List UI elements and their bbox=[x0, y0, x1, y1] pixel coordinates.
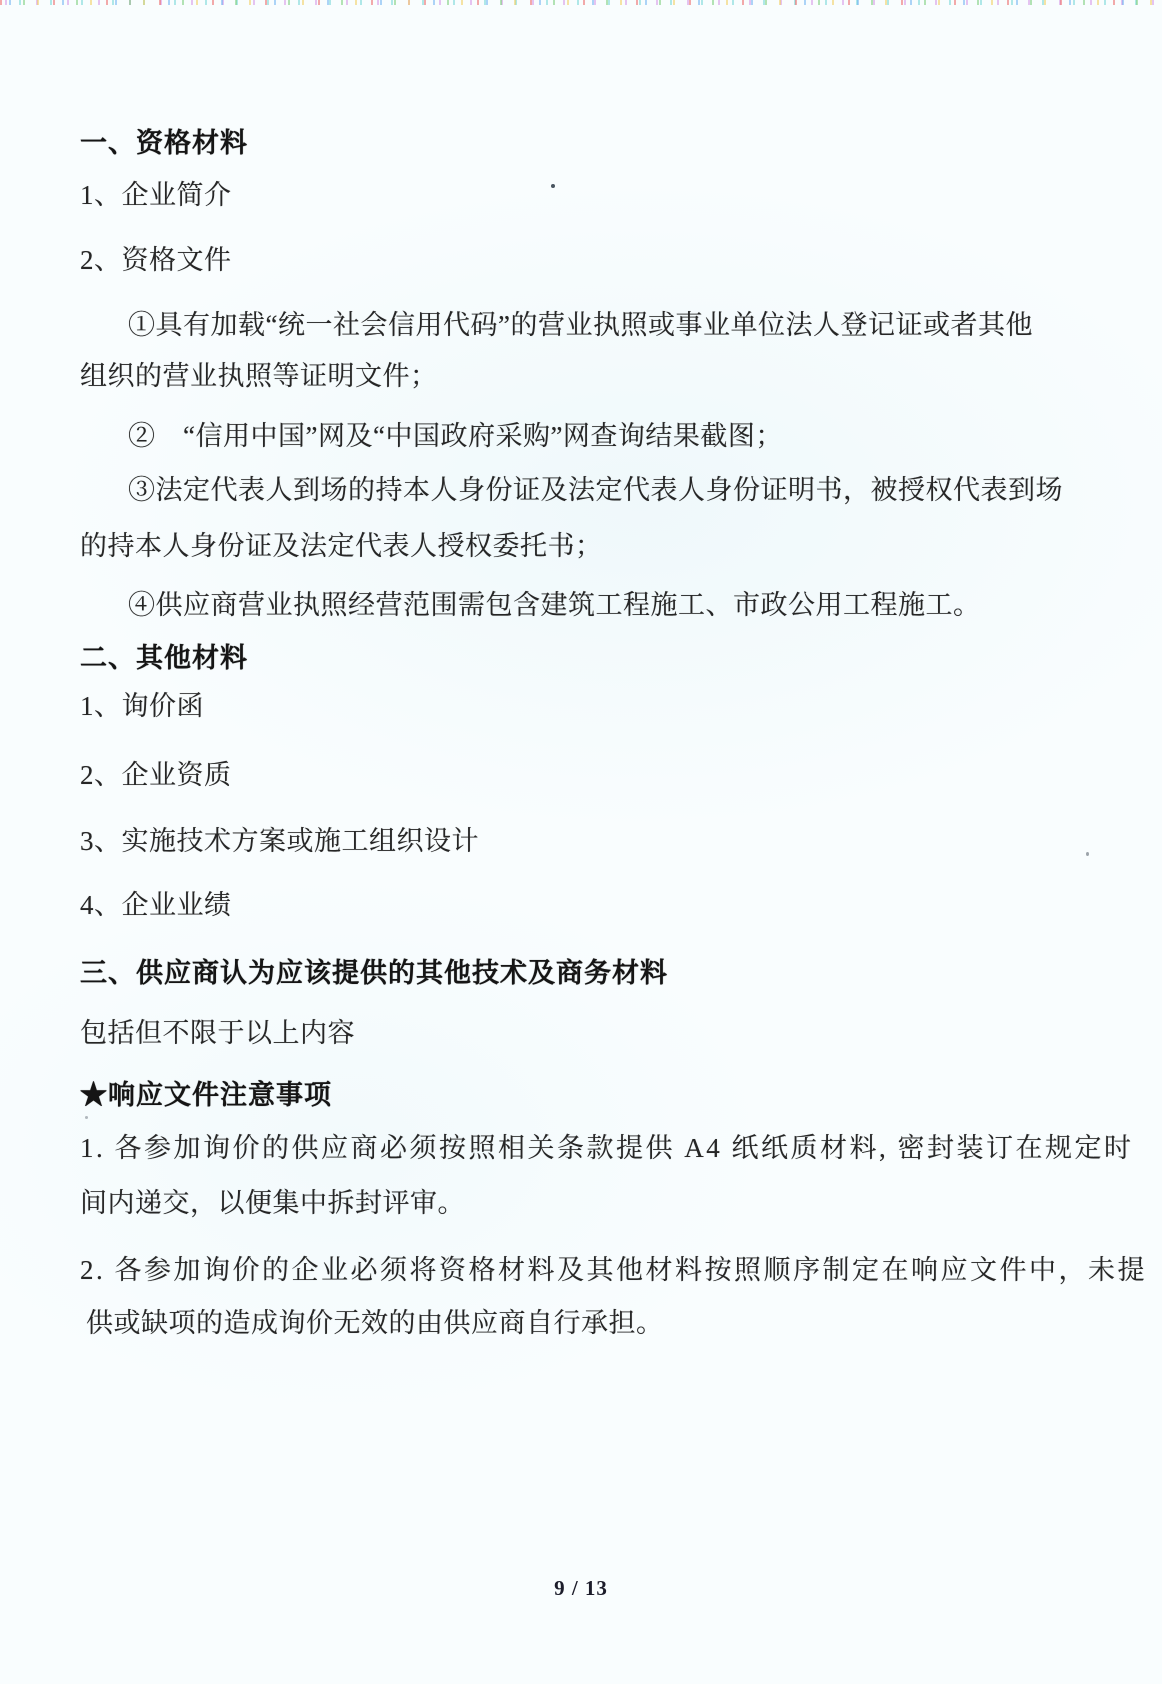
note-2-line-2: 供或缺项的造成询价无效的由供应商自行承担。 bbox=[86, 1306, 664, 1340]
text-including-not-limited: 包括但不限于以上内容 bbox=[80, 1016, 355, 1050]
note-1-line-2: 间内递交，以便集中拆封评审。 bbox=[80, 1186, 465, 1220]
clause-4-business-scope: ④供应商营业执照经营范围需包含建筑工程施工、市政公用工程施工。 bbox=[128, 588, 981, 622]
heading-other-materials: 二、其他材料 bbox=[80, 641, 248, 675]
clause-1-business-license-line-1: ①具有加载“统一社会信用代码”的营业执照或事业单位法人登记证或者其他 bbox=[128, 308, 1033, 342]
note-2-line-1: 2. 各参加询价的企业必须将资格材料及其他材料按照顺序制定在响应文件中，未提 bbox=[80, 1253, 1147, 1287]
clause-1-business-license-line-2: 组织的营业执照等证明文件； bbox=[80, 359, 438, 393]
clause-2-credit-china-screenshots: ② “信用中国”网及“中国政府采购”网查询结果截图； bbox=[128, 419, 783, 453]
item-2-company-qualifications: 2、企业资质 bbox=[80, 758, 232, 792]
item-2-qualification-documents: 2、资格文件 bbox=[80, 243, 232, 277]
item-1-inquiry-letter: 1、询价函 bbox=[80, 689, 204, 723]
scan-speck bbox=[551, 184, 555, 188]
scanned-document-page: 一、资格材料 1、企业简介 2、资格文件 ①具有加载“统一社会信用代码”的营业执… bbox=[0, 0, 1162, 1684]
clause-3-legal-representative-line-2: 的持本人身份证及法定代表人授权委托书； bbox=[80, 529, 603, 563]
scan-speck bbox=[1086, 852, 1089, 856]
item-1-company-profile: 1、企业简介 bbox=[80, 178, 232, 212]
item-3-technical-plan: 3、实施技术方案或施工组织设计 bbox=[80, 824, 479, 858]
heading-qualification-materials: 一、资格材料 bbox=[80, 126, 248, 160]
scan-artifact-strip bbox=[0, 0, 1162, 5]
clause-3-legal-representative-line-1: ③法定代表人到场的持本人身份证及法定代表人身份证明书，被授权代表到场 bbox=[128, 473, 1063, 507]
heading-other-tech-business-materials: 三、供应商认为应该提供的其他技术及商务材料 bbox=[80, 956, 668, 990]
page-number: 9 / 13 bbox=[0, 1576, 1162, 1601]
item-4-company-performance: 4、企业业绩 bbox=[80, 888, 232, 922]
heading-response-document-notes: ★响应文件注意事项 bbox=[80, 1078, 332, 1112]
scan-speck bbox=[85, 1116, 88, 1119]
note-1-line-1: 1. 各参加询价的供应商必须按照相关条款提供 A4 纸纸质材料, 密封装订在规定… bbox=[80, 1131, 1134, 1165]
